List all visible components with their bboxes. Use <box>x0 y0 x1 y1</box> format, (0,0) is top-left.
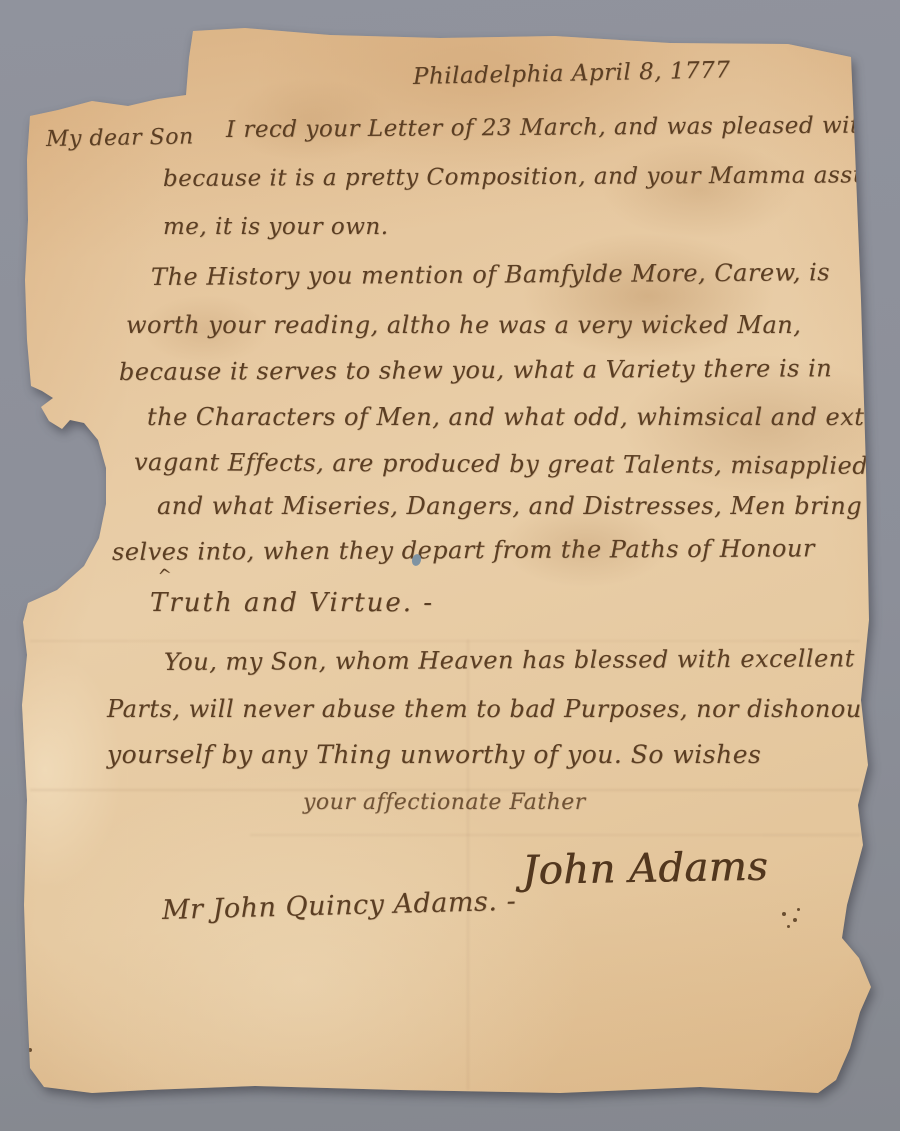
dateline: Philadelphia April 8, 1777 <box>413 57 731 90</box>
signature: John Adams <box>522 844 769 894</box>
body-line: I recd your Letter of 23 March, and was … <box>226 112 900 143</box>
body-line: The History you mention of Bamfylde More… <box>151 258 830 291</box>
ink-speck <box>797 908 800 911</box>
body-line: yourself by any Thing unworthy of you. S… <box>107 740 761 769</box>
addressee-line: Mr John Quincy Adams. - <box>162 886 517 926</box>
body-line: worth your reading, altho he was a very … <box>126 311 801 339</box>
fold-crease-horizontal-upper <box>30 640 860 642</box>
ink-speck <box>782 912 786 916</box>
body-line: selves into, when they depart from the P… <box>112 534 815 566</box>
paper-shadow: Philadelphia April 8, 1777 My dear Son I… <box>0 0 900 1131</box>
ink-speck <box>28 1048 32 1052</box>
body-line: You, my Son, whom Heaven has blessed wit… <box>164 644 855 676</box>
body-line: vagant Effects, are produced by great Ta… <box>134 448 876 480</box>
letter-page: Philadelphia April 8, 1777 My dear Son I… <box>0 0 900 1131</box>
ink-speck <box>787 925 790 928</box>
insertion-caret: ^ <box>157 565 174 587</box>
body-line: the Characters of Men, and what odd, whi… <box>147 403 900 431</box>
fold-crease-horizontal-bottom <box>250 834 860 836</box>
body-line: Truth and Virtue. - <box>150 588 434 618</box>
ink-speck <box>793 918 797 922</box>
salutation: My dear Son <box>46 124 194 152</box>
body-line: because it serves to shew you, what a Va… <box>119 354 832 386</box>
closing: your affectionate Father <box>303 790 586 815</box>
body-line: Parts, will never abuse them to bad Purp… <box>107 695 874 723</box>
body-line: and what Miseries, Dangers, and Distress… <box>157 492 900 520</box>
photo-backdrop: Philadelphia April 8, 1777 My dear Son I… <box>0 0 900 1131</box>
body-line: me, it is your own. <box>163 214 389 240</box>
body-line: because it is a pretty Composition, and … <box>163 162 900 192</box>
